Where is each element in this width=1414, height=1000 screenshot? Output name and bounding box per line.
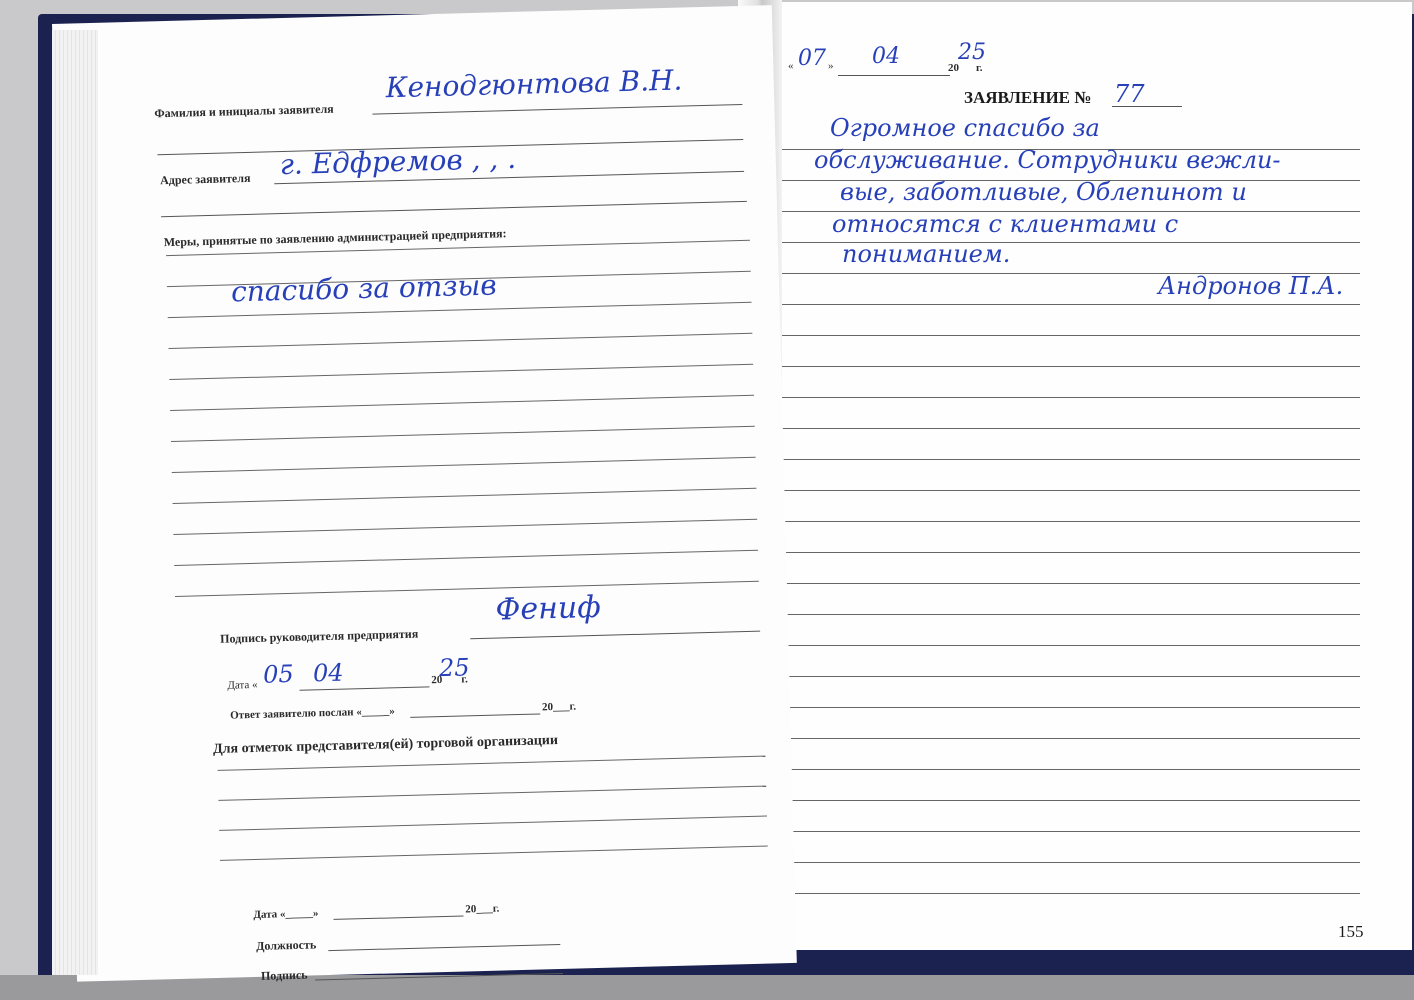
statement-line: обслуживание. Сотрудники вежли- <box>814 146 1281 174</box>
statement-line: вые, заботливые, Облепинот и <box>840 178 1247 206</box>
reply-sent-year: 20___г. <box>542 701 576 714</box>
date-open-quote: « <box>788 60 794 72</box>
ruled-line <box>170 395 754 411</box>
right-page: « 07 » 04 20 25 г. ЗАЯВЛЕНИЕ № 77 Огромн… <box>760 2 1412 950</box>
date-month: 04 <box>313 659 344 688</box>
ruled-line <box>782 304 1360 305</box>
ruled-line <box>782 490 1360 491</box>
ruled-line <box>219 816 767 831</box>
rep-date-year: 20___г. <box>465 903 499 916</box>
manager-signature-line <box>470 631 760 640</box>
ruled-line <box>782 769 1360 770</box>
ruled-line <box>172 457 756 473</box>
ruled-line <box>218 756 766 771</box>
ruled-line <box>220 846 768 861</box>
right-date-suffix: г. <box>976 62 983 74</box>
date-suffix: г. <box>461 673 468 685</box>
manager-signature-value: Фениф <box>495 590 601 628</box>
ruled-line <box>169 333 753 349</box>
ruled-line <box>782 831 1360 832</box>
measures-value: спасибо за отзыв <box>231 268 497 308</box>
left-page: Фамилия и инициалы заявителя Кенодгюнтов… <box>52 5 797 982</box>
ruled-line <box>161 201 747 217</box>
ruled-line <box>782 521 1360 522</box>
ruled-line <box>782 552 1360 553</box>
ruled-line <box>782 707 1360 708</box>
statement-title: ЗАЯВЛЕНИЕ № <box>964 88 1091 108</box>
applicant-name-label: Фамилия и инициалы заявителя <box>154 102 334 122</box>
rep-date-label: Дата «_____» <box>253 907 318 921</box>
representative-notes-label: Для отметок представителя(ей) торговой о… <box>213 733 558 758</box>
date-close-quote: » <box>828 60 834 72</box>
statement-line: Огромное спасибо за <box>830 114 1100 142</box>
reply-sent-label: Ответ заявителю послан «_____» <box>230 705 395 721</box>
ruled-line <box>171 426 755 442</box>
ruled-line <box>782 397 1360 398</box>
ruled-line <box>782 335 1360 336</box>
ruled-line <box>218 786 766 801</box>
statement-number-line <box>1112 106 1182 107</box>
date-day: 05 <box>263 660 294 689</box>
ruled-line <box>169 364 753 380</box>
ruled-line <box>174 550 758 566</box>
ruled-line <box>782 676 1360 677</box>
ruled-line <box>782 583 1360 584</box>
ruled-line <box>782 862 1360 863</box>
applicant-name-line <box>372 104 742 115</box>
manager-signature-label: Подпись руководителя предприятия <box>220 627 418 647</box>
applicant-address-label: Адрес заявителя <box>160 171 251 188</box>
ruled-line <box>782 893 1360 894</box>
ruled-line <box>782 738 1360 739</box>
applicant-signature: Андронов П.А. <box>1158 272 1343 300</box>
date-label: Дата « <box>227 679 257 692</box>
ruled-line <box>173 519 757 535</box>
statement-line: относятся с клиентами с <box>832 210 1178 238</box>
rep-date-line <box>334 916 464 920</box>
ruled-line <box>782 366 1360 367</box>
applicant-name-value: Кенодгюнтова В.Н. <box>385 64 682 105</box>
ruled-line <box>782 645 1360 646</box>
right-date-month: 04 <box>872 44 900 69</box>
position-label: Должность <box>256 937 316 954</box>
page-number: 155 <box>1338 922 1364 942</box>
ruled-line <box>175 581 759 597</box>
reply-sent-line <box>410 713 540 717</box>
page-edges <box>52 30 98 975</box>
statement-number: 77 <box>1114 80 1145 108</box>
position-line <box>328 944 560 951</box>
ruled-line <box>782 459 1360 460</box>
desk-surface <box>0 975 1414 1000</box>
right-date-day: 07 <box>798 46 826 71</box>
signature-label: Подпись <box>261 968 308 984</box>
ruled-line <box>173 488 757 504</box>
statement-line: пониманием. <box>842 240 1010 268</box>
right-date-month-line <box>838 75 950 76</box>
ruled-line <box>782 800 1360 801</box>
ruled-line <box>782 614 1360 615</box>
ruled-line <box>782 428 1360 429</box>
applicant-address-value: г. Едфремов , , . <box>279 142 516 181</box>
